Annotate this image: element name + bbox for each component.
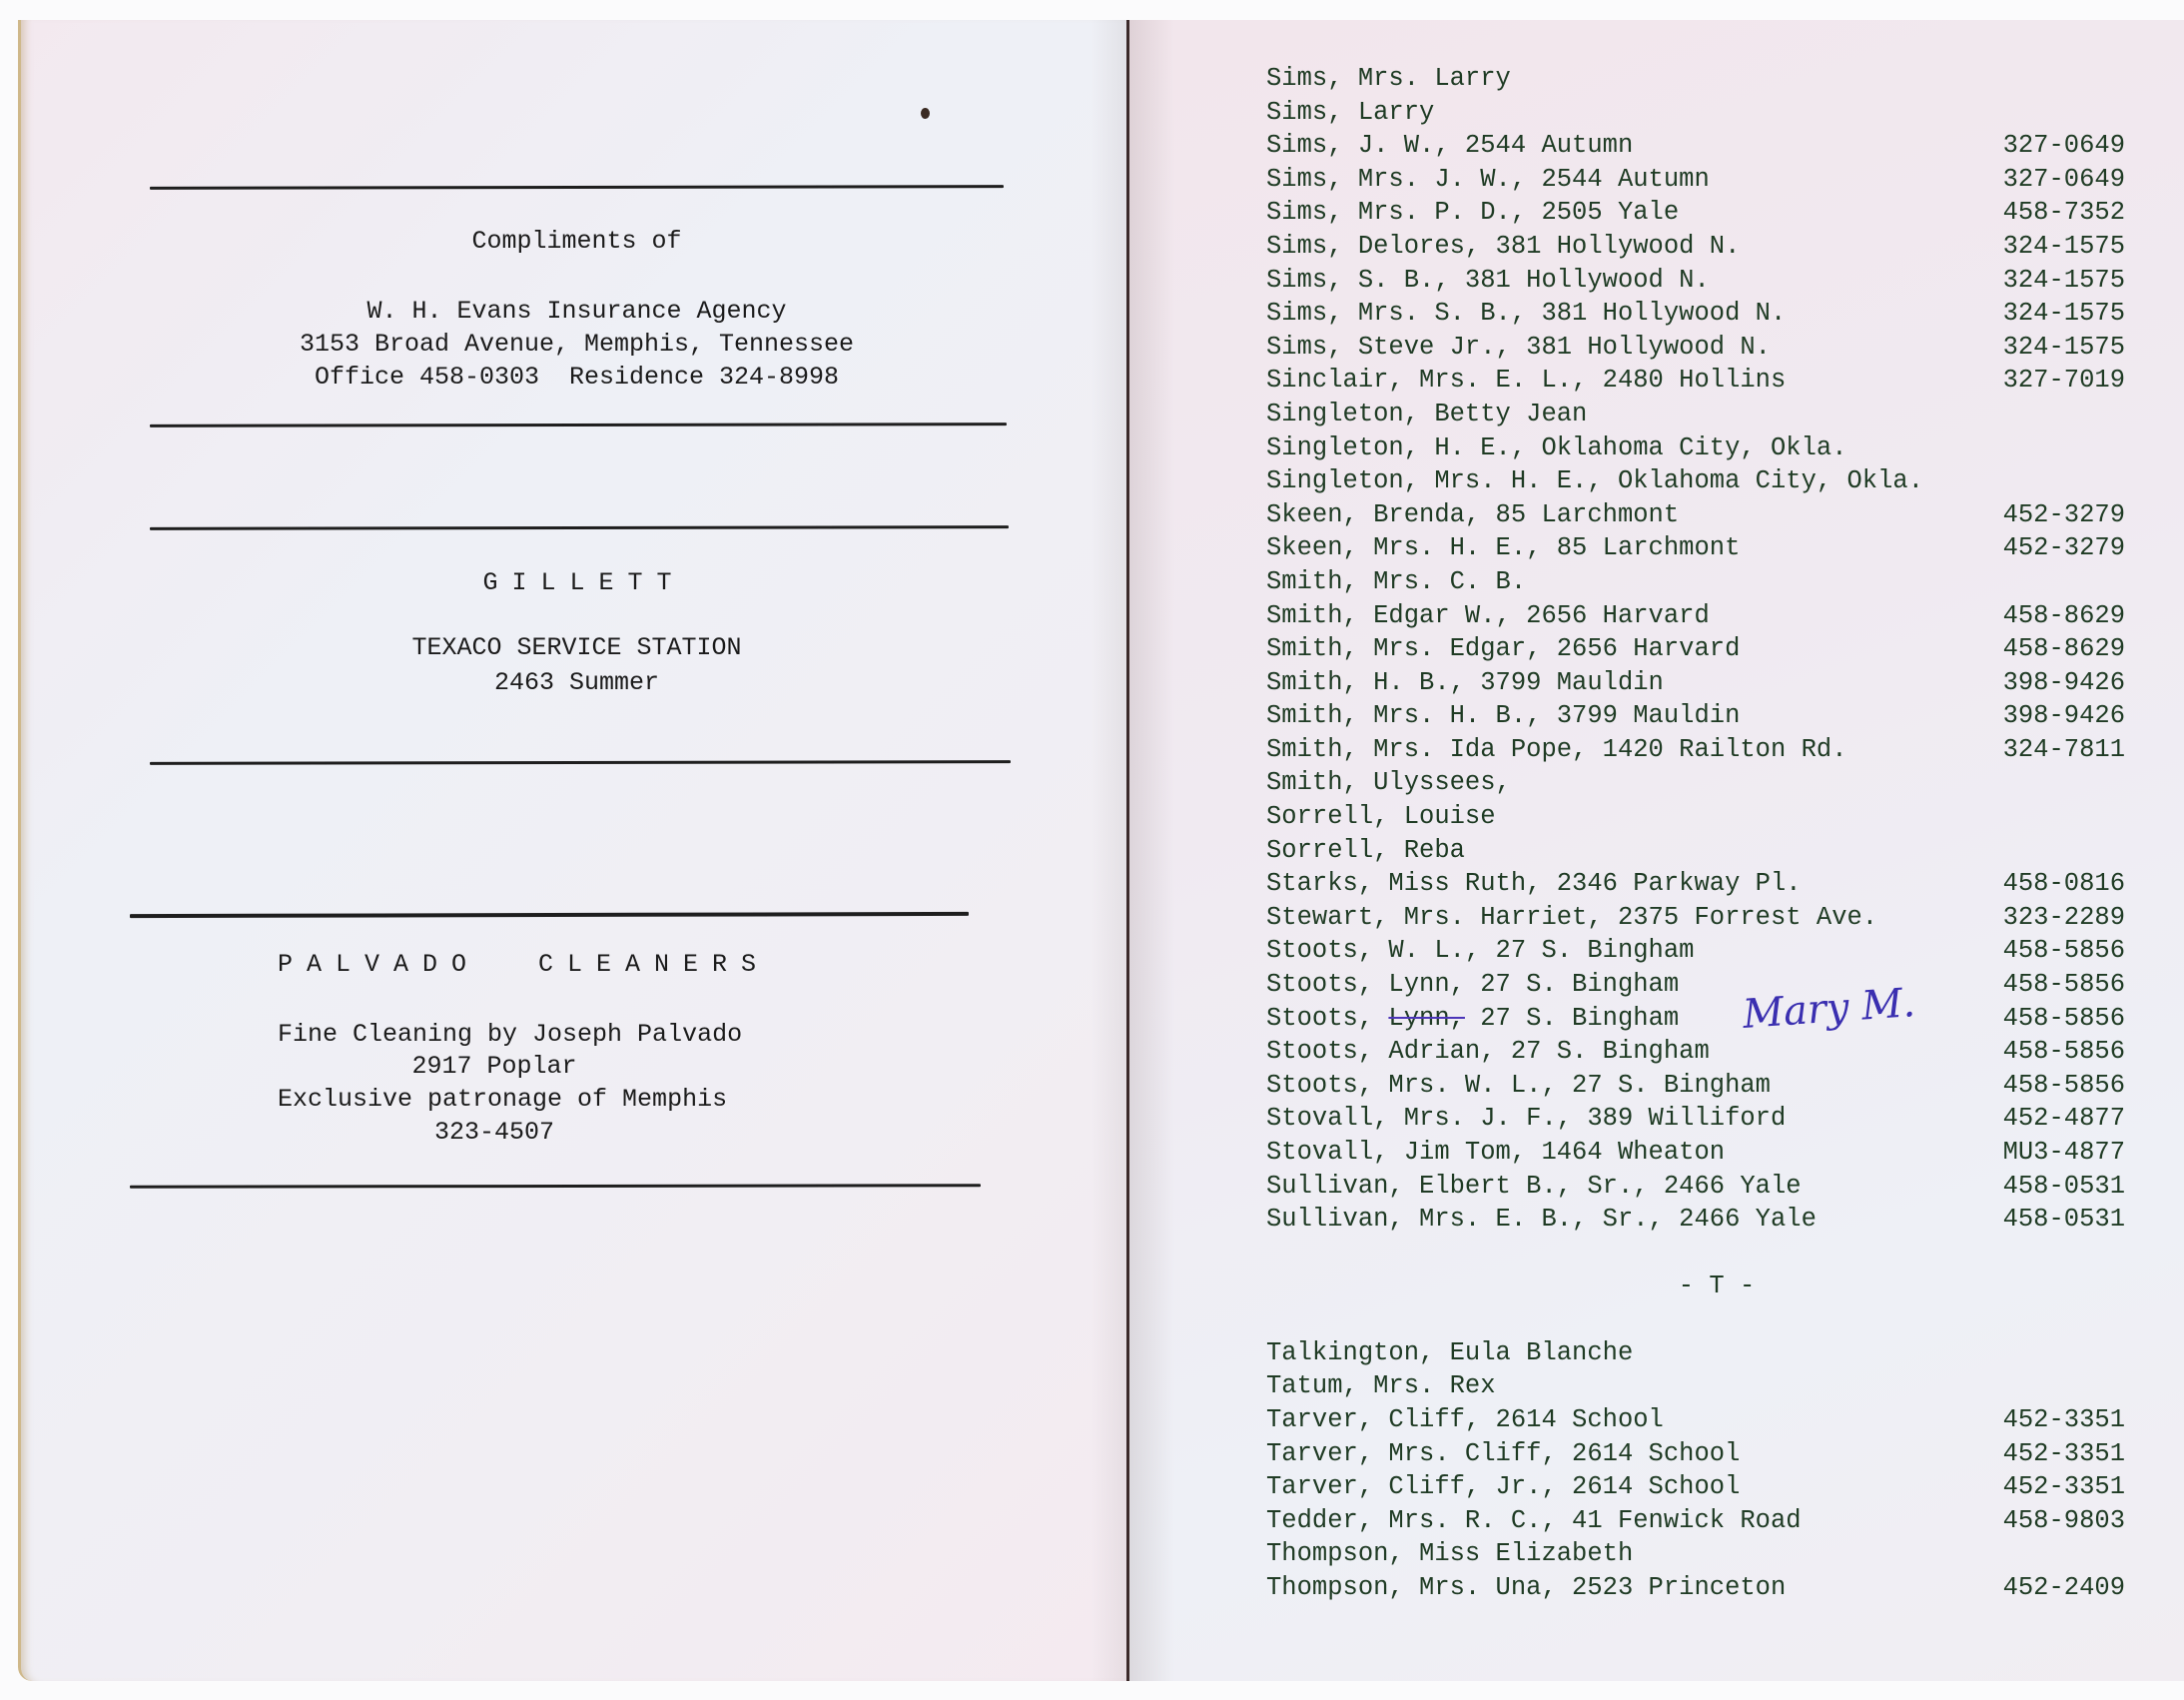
directory-entry: Sims, Delores, 381 Hollywood N.324-1575 xyxy=(1266,230,2125,264)
entry-phone: 324-7811 xyxy=(2003,733,2125,767)
entry-name-struck: Lynn, xyxy=(1388,1004,1465,1033)
directory-entry: Singleton, H. E., Oklahoma City, Okla. xyxy=(1266,431,2125,465)
entry-phone: 324-1575 xyxy=(2003,264,2125,298)
directory-entry: Stoots, Lynn, 27 S. Bingham458-5856 xyxy=(1266,968,2125,1002)
directory-entry: Stoots, Lynn, 27 S. Bingham458-5856 xyxy=(1266,1002,2125,1036)
directory-entry: Stovall, Mrs. J. F., 389 Williford452-48… xyxy=(1266,1102,2125,1136)
entry-name: Thompson, Mrs. Una, 2523 Princeton xyxy=(1266,1571,1786,1605)
directory-entry: Skeen, Mrs. H. E., 85 Larchmont452-3279 xyxy=(1266,531,2125,565)
entry-name: Starks, Miss Ruth, 2346 Parkway Pl. xyxy=(1266,867,1802,901)
directory-entry: Sims, Mrs. Larry xyxy=(1266,62,2125,96)
directory-entry: Smith, Ulyssees, xyxy=(1266,766,2125,800)
entry-phone: 452-3279 xyxy=(2003,531,2125,565)
directory-entry: Smith, Edgar W., 2656 Harvard458-8629 xyxy=(1266,599,2125,633)
ad-gillett-title: GILLETT xyxy=(150,565,1019,600)
directory-entry: Smith, H. B., 3799 Mauldin398-9426 xyxy=(1266,666,2125,700)
entry-name: Sims, Delores, 381 Hollywood N. xyxy=(1266,230,1740,264)
entry-phone: 452-3279 xyxy=(2003,498,2125,532)
entry-phone: 458-8629 xyxy=(2003,599,2125,633)
entry-name: Stoots, W. L., 27 S. Bingham xyxy=(1266,934,1694,968)
entry-phone: 458-5856 xyxy=(2003,968,2125,1002)
entry-name: Sims, Mrs. Larry xyxy=(1266,62,1511,96)
entry-phone: 452-4877 xyxy=(2003,1102,2125,1136)
entry-name: Stoots, Lynn, 27 S. Bingham xyxy=(1266,968,1679,1002)
entry-phone: 452-2409 xyxy=(2003,1571,2125,1605)
ad-palvado-line-4: 323-4507 xyxy=(150,1115,839,1150)
entry-name: Sims, Mrs. P. D., 2505 Yale xyxy=(1266,196,1679,230)
entry-name-prefix: Stoots, xyxy=(1266,1004,1388,1033)
ad-palvado-line-2: 2917 Poplar xyxy=(150,1049,839,1084)
entry-name: Stovall, Mrs. J. F., 389 Williford xyxy=(1266,1102,1786,1136)
entry-phone: 324-1575 xyxy=(2003,297,2125,331)
section-header-t-label: - T - xyxy=(1679,1272,1756,1300)
directory-entry: Sims, Mrs. P. D., 2505 Yale458-7352 xyxy=(1266,196,2125,230)
entry-name: Tedder, Mrs. R. C., 41 Fenwick Road xyxy=(1266,1504,1802,1538)
entry-name: Skeen, Mrs. H. E., 85 Larchmont xyxy=(1266,531,1740,565)
directory-entry: Sims, S. B., 381 Hollywood N.324-1575 xyxy=(1266,264,2125,298)
entry-phone: 452-3351 xyxy=(2003,1470,2125,1504)
entry-phone: 324-1575 xyxy=(2003,331,2125,365)
entry-name: Singleton, Mrs. H. E., Oklahoma City, Ok… xyxy=(1266,464,1923,498)
entry-name: Tarver, Cliff, Jr., 2614 School xyxy=(1266,1470,1740,1504)
directory-entry: Smith, Mrs. C. B. xyxy=(1266,565,2125,599)
ad-gillett-line-2: 2463 Summer xyxy=(150,665,1004,700)
left-page xyxy=(18,20,1131,1681)
entry-name: Sims, Mrs. J. W., 2544 Autumn xyxy=(1266,163,1710,197)
entry-name: Thompson, Miss Elizabeth xyxy=(1266,1537,1633,1571)
directory-entry: Sorrell, Louise xyxy=(1266,800,2125,834)
directory-entry: Sullivan, Elbert B., Sr., 2466 Yale458-0… xyxy=(1266,1170,2125,1204)
directory-entry: Starks, Miss Ruth, 2346 Parkway Pl.458-0… xyxy=(1266,867,2125,901)
entry-phone: 327-0649 xyxy=(2003,163,2125,197)
section-s-entries: Sims, Mrs. LarrySims, LarrySims, J. W., … xyxy=(1266,62,2125,1237)
directory-entry: Sims, J. W., 2544 Autumn327-0649 xyxy=(1266,129,2125,163)
directory-entry: Sullivan, Mrs. E. B., Sr., 2466 Yale458-… xyxy=(1266,1203,2125,1237)
ad-evans-line-1: Compliments of xyxy=(150,224,1004,259)
entry-name: Smith, Ulyssees, xyxy=(1266,766,1511,800)
entry-name: Stewart, Mrs. Harriet, 2375 Forrest Ave. xyxy=(1266,901,1877,935)
ad-evans-address: 3153 Broad Avenue, Memphis, Tennessee xyxy=(150,327,1004,362)
entry-phone: 458-9803 xyxy=(2003,1504,2125,1538)
directory-entry: Stovall, Jim Tom, 1464 WheatonMU3-4877 xyxy=(1266,1136,2125,1170)
directory-entry: Smith, Mrs. Ida Pope, 1420 Railton Rd.32… xyxy=(1266,733,2125,767)
entry-name: Stovall, Jim Tom, 1464 Wheaton xyxy=(1266,1136,1725,1170)
directory-entry: Sims, Larry xyxy=(1266,96,2125,130)
entry-phone: 458-8629 xyxy=(2003,632,2125,666)
entry-name: Skeen, Brenda, 85 Larchmont xyxy=(1266,498,1679,532)
entry-phone: 458-0531 xyxy=(2003,1203,2125,1237)
directory-entry: Tedder, Mrs. R. C., 41 Fenwick Road458-9… xyxy=(1266,1504,2125,1538)
directory-entry: Thompson, Mrs. Una, 2523 Princeton452-24… xyxy=(1266,1571,2125,1605)
entry-name: Sims, Mrs. S. B., 381 Hollywood N. xyxy=(1266,297,1786,331)
entry-phone: 458-7352 xyxy=(2003,196,2125,230)
entry-phone: 452-3351 xyxy=(2003,1403,2125,1437)
entry-name: Sims, S. B., 381 Hollywood N. xyxy=(1266,264,1710,298)
directory-entry: Stoots, W. L., 27 S. Bingham458-5856 xyxy=(1266,934,2125,968)
entry-name: Stoots, Adrian, 27 S. Bingham xyxy=(1266,1035,1710,1069)
entry-phone: 458-5856 xyxy=(2003,1069,2125,1103)
directory-entry: Singleton, Betty Jean xyxy=(1266,398,2125,431)
directory-entry: Sims, Steve Jr., 381 Hollywood N.324-157… xyxy=(1266,331,2125,365)
directory-listing: Sims, Mrs. LarrySims, LarrySims, J. W., … xyxy=(1266,62,2125,1605)
entry-name: Smith, Mrs. Edgar, 2656 Harvard xyxy=(1266,632,1740,666)
entry-phone: 458-5856 xyxy=(2003,934,2125,968)
directory-entry: Tatum, Mrs. Rex xyxy=(1266,1369,2125,1403)
entry-phone: 323-2289 xyxy=(2003,901,2125,935)
entry-phone: 458-0816 xyxy=(2003,867,2125,901)
directory-entry: Talkington, Eula Blanche xyxy=(1266,1336,2125,1370)
directory-entry: Stoots, Adrian, 27 S. Bingham458-5856 xyxy=(1266,1035,2125,1069)
entry-phone: 327-7019 xyxy=(2003,364,2125,398)
ad-gillett-line-1: TEXACO SERVICE STATION xyxy=(150,630,1004,665)
ad-palvado-line-3: Exclusive patronage of Memphis xyxy=(278,1082,727,1117)
entry-name: Smith, H. B., 3799 Mauldin xyxy=(1266,666,1664,700)
entry-name: Sims, Steve Jr., 381 Hollywood N. xyxy=(1266,331,1771,365)
entry-name: Sullivan, Mrs. E. B., Sr., 2466 Yale xyxy=(1266,1203,1817,1237)
entry-name: Sims, Larry xyxy=(1266,96,1434,130)
entry-phone: 324-1575 xyxy=(2003,230,2125,264)
ad-palvado-title: PALVADO CLEANERS xyxy=(278,947,770,982)
entry-name-suffix: 27 S. Bingham xyxy=(1465,1004,1679,1033)
directory-entry: Stewart, Mrs. Harriet, 2375 Forrest Ave.… xyxy=(1266,901,2125,935)
entry-phone: 398-9426 xyxy=(2003,666,2125,700)
entry-phone: 458-5856 xyxy=(2003,1002,2125,1036)
ad-evans-phones: Office 458-0303 Residence 324-8998 xyxy=(150,360,1004,395)
directory-entry: Singleton, Mrs. H. E., Oklahoma City, Ok… xyxy=(1266,464,2125,498)
entry-name: Sinclair, Mrs. E. L., 2480 Hollins xyxy=(1266,364,1786,398)
directory-entry: Thompson, Miss Elizabeth xyxy=(1266,1537,2125,1571)
directory-entry: Smith, Mrs. H. B., 3799 Mauldin398-9426 xyxy=(1266,699,2125,733)
entry-name: Smith, Mrs. Ida Pope, 1420 Railton Rd. xyxy=(1266,733,1847,767)
entry-name: Tarver, Cliff, 2614 School xyxy=(1266,1403,1664,1437)
entry-name: Sorrell, Louise xyxy=(1266,800,1496,834)
entry-phone: 327-0649 xyxy=(2003,129,2125,163)
directory-entry: Smith, Mrs. Edgar, 2656 Harvard458-8629 xyxy=(1266,632,2125,666)
directory-entry: Sorrell, Reba xyxy=(1266,834,2125,868)
entry-name: Stoots, Mrs. W. L., 27 S. Bingham xyxy=(1266,1069,1771,1103)
entry-name: Singleton, Betty Jean xyxy=(1266,398,1587,431)
entry-name: Tarver, Mrs. Cliff, 2614 School xyxy=(1266,1437,1740,1471)
entry-name: Talkington, Eula Blanche xyxy=(1266,1336,1633,1370)
entry-name: Sims, J. W., 2544 Autumn xyxy=(1266,129,1633,163)
directory-entry: Skeen, Brenda, 85 Larchmont452-3279 xyxy=(1266,498,2125,532)
directory-entry: Tarver, Cliff, Jr., 2614 School452-3351 xyxy=(1266,1470,2125,1504)
entry-name: Smith, Mrs. C. B. xyxy=(1266,565,1526,599)
directory-entry: Sims, Mrs. S. B., 381 Hollywood N.324-15… xyxy=(1266,297,2125,331)
entry-name: Smith, Mrs. H. B., 3799 Mauldin xyxy=(1266,699,1740,733)
entry-name: Sullivan, Elbert B., Sr., 2466 Yale xyxy=(1266,1170,1802,1204)
directory-entry: Sims, Mrs. J. W., 2544 Autumn327-0649 xyxy=(1266,163,2125,197)
entry-name: Singleton, H. E., Oklahoma City, Okla. xyxy=(1266,431,1847,465)
directory-entry: Tarver, Cliff, 2614 School452-3351 xyxy=(1266,1403,2125,1437)
entry-phone: 458-0531 xyxy=(2003,1170,2125,1204)
directory-entry: Stoots, Mrs. W. L., 27 S. Bingham458-585… xyxy=(1266,1069,2125,1103)
entry-phone: 452-3351 xyxy=(2003,1437,2125,1471)
entry-name: Smith, Edgar W., 2656 Harvard xyxy=(1266,599,1710,633)
section-header-t: - T - xyxy=(1266,1237,2125,1336)
entry-phone: 458-5856 xyxy=(2003,1035,2125,1069)
entry-name: Stoots, Lynn, 27 S. Bingham xyxy=(1266,1002,1679,1036)
ad-palvado-line-1: Fine Cleaning by Joseph Palvado xyxy=(278,1017,742,1052)
ad-evans-agency-name: W. H. Evans Insurance Agency xyxy=(150,294,1004,329)
section-t-entries: Talkington, Eula BlancheTatum, Mrs. RexT… xyxy=(1266,1336,2125,1605)
entry-phone: 398-9426 xyxy=(2003,699,2125,733)
entry-name: Sorrell, Reba xyxy=(1266,834,1465,868)
entry-name: Tatum, Mrs. Rex xyxy=(1266,1369,1496,1403)
directory-entry: Tarver, Mrs. Cliff, 2614 School452-3351 xyxy=(1266,1437,2125,1471)
ink-smudge xyxy=(921,108,930,119)
directory-entry: Sinclair, Mrs. E. L., 2480 Hollins327-70… xyxy=(1266,364,2125,398)
entry-phone: MU3-4877 xyxy=(2003,1136,2125,1170)
